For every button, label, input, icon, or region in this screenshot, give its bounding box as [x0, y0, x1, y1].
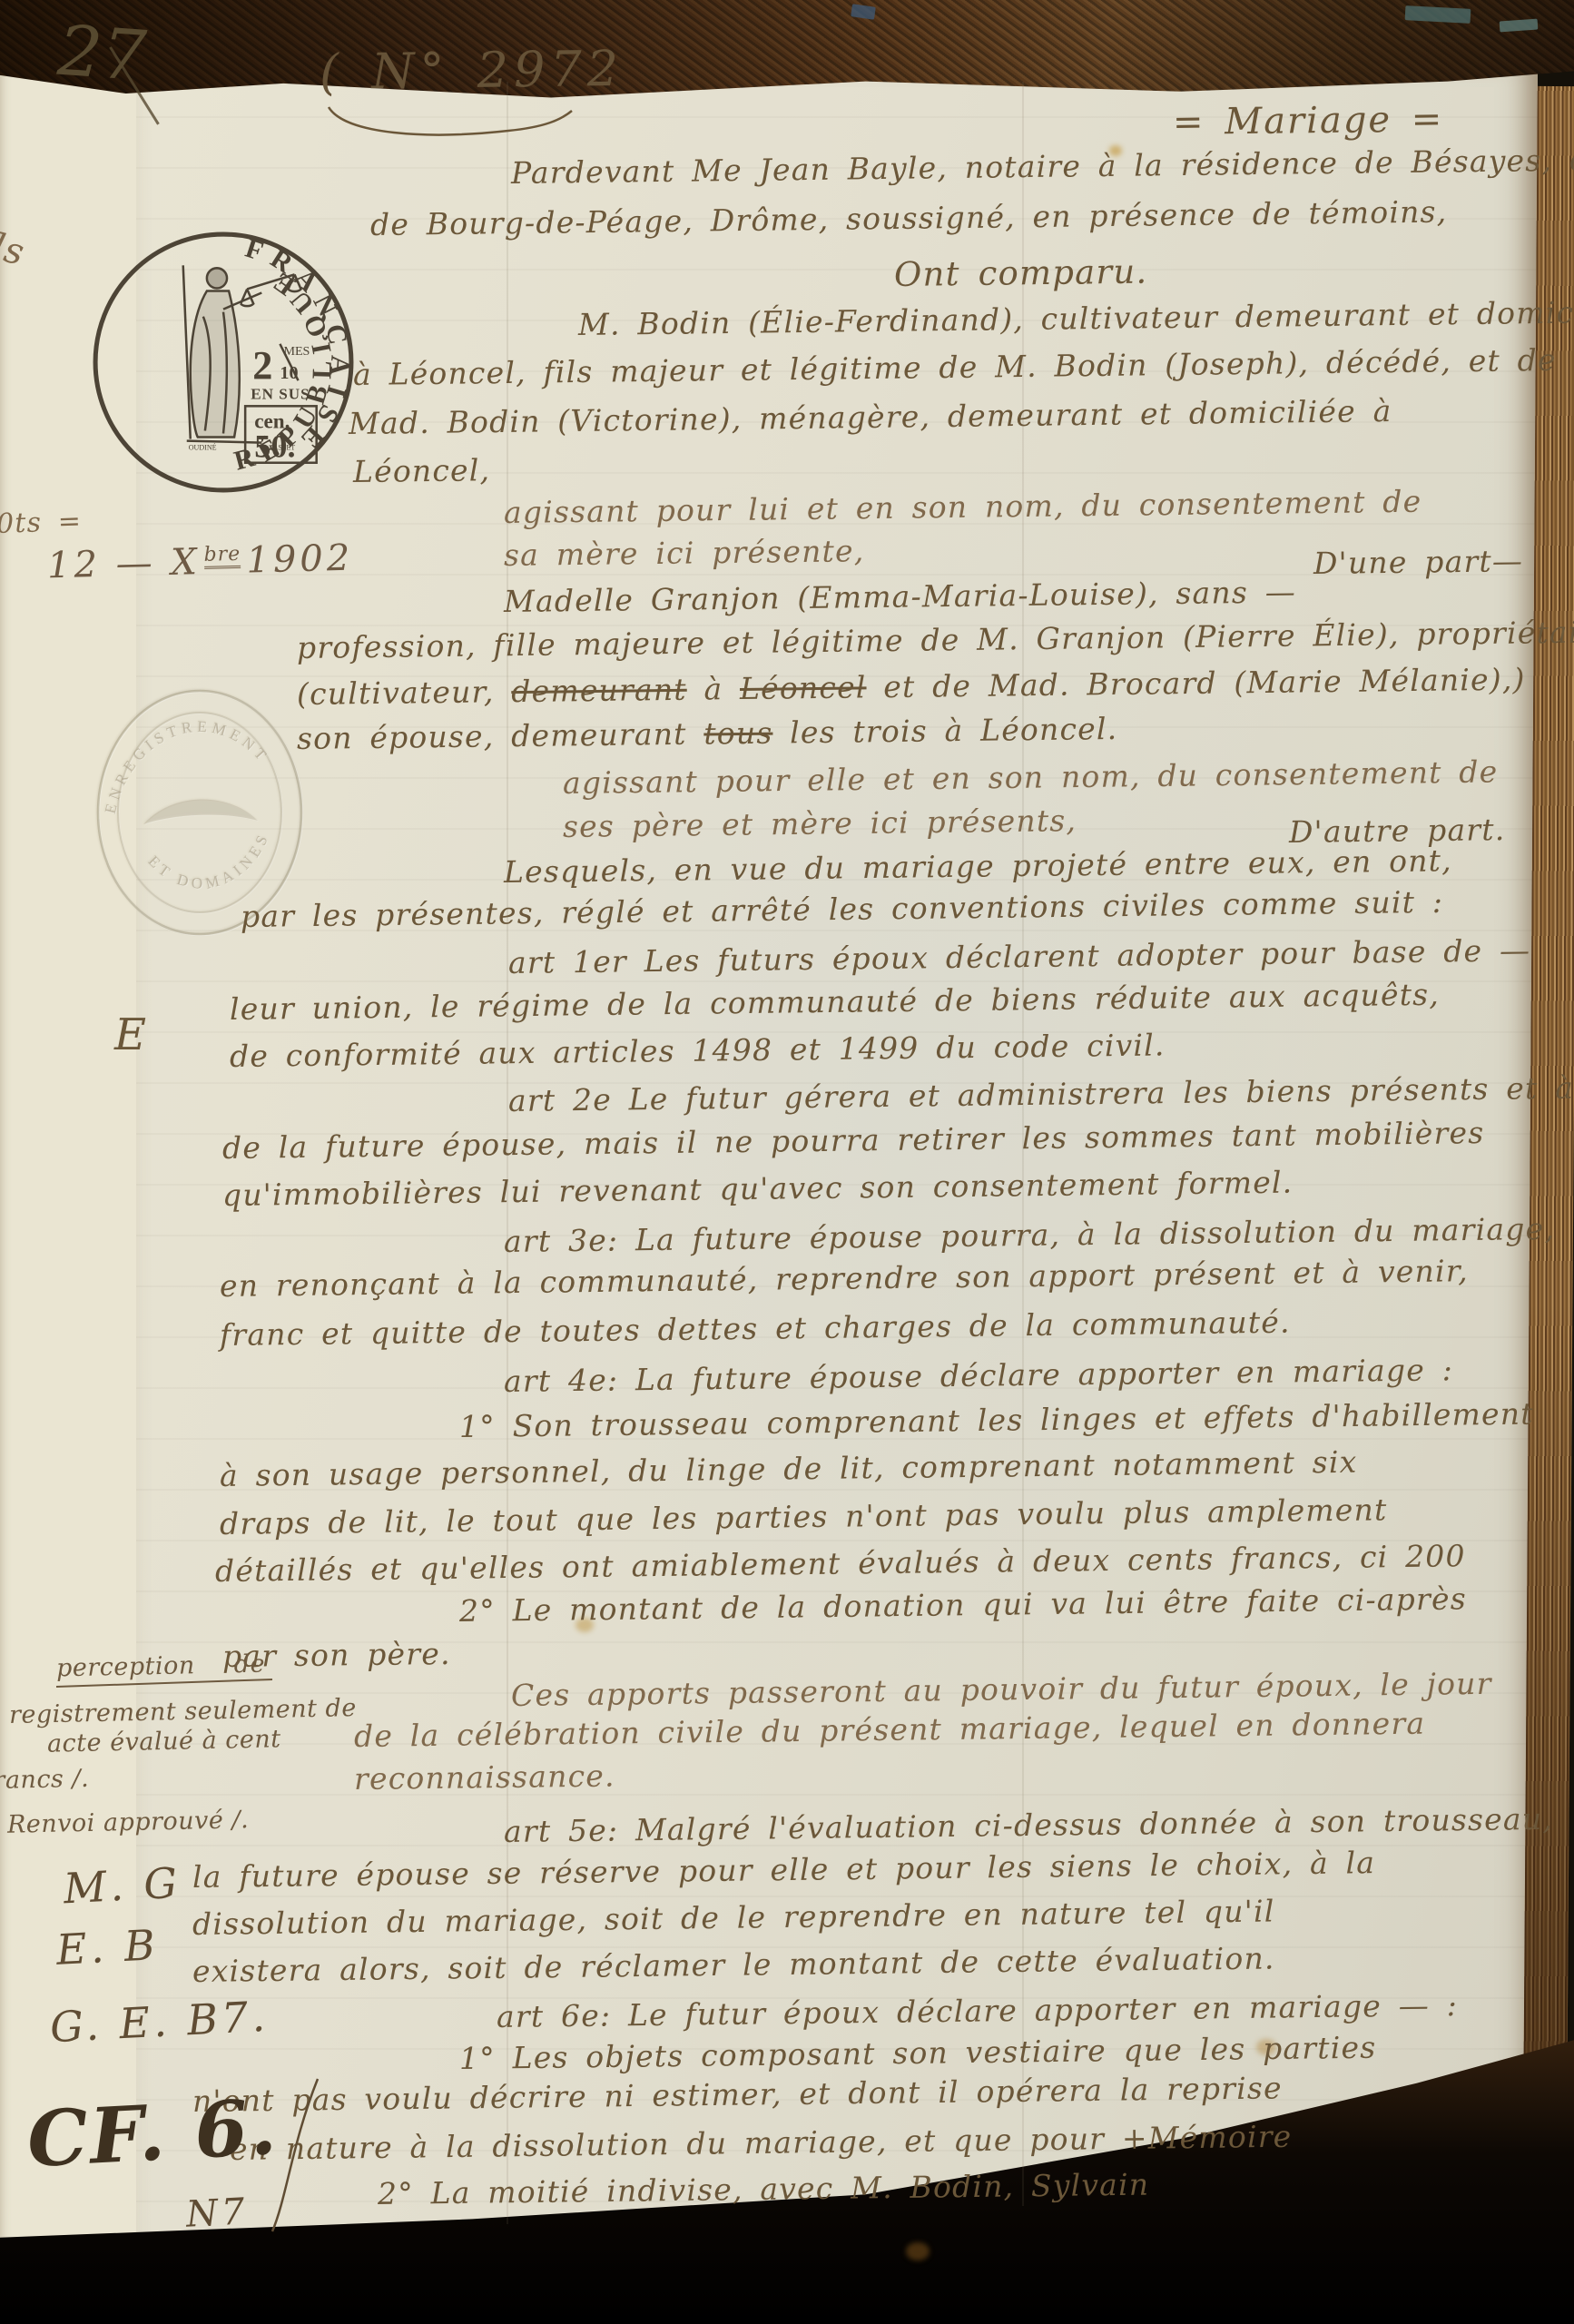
body-line: Léoncel,	[353, 452, 491, 489]
struck-text: tous	[703, 715, 773, 752]
stamp-surcharge: 2 MES 10 EN SUS	[251, 343, 310, 402]
body-line: D'une part—	[1313, 543, 1524, 581]
margin-initials: E. B	[55, 1920, 160, 1974]
notarial-register-page: 27 ( N° 2972 = Mariage = RÉPUBLIQUE FRAN…	[0, 0, 1574, 2324]
act-type-label: = Mariage =	[1173, 98, 1444, 143]
seal-arc-bottom: ET DOMAINES	[145, 829, 273, 892]
margin-note-line: francs /.	[0, 1765, 89, 1795]
text-segment: (cultivateur,	[297, 674, 512, 712]
date-day-month: 12 — X	[46, 541, 201, 586]
margin-initials: M. G	[63, 1858, 182, 1914]
revenue-stamp: RÉPUBLIQUE FRANÇAISE 2 MES 10 EN SUS cen…	[86, 225, 360, 499]
body-line: sa mère ici présente,	[504, 533, 865, 573]
struck-text: Léoncel	[740, 669, 867, 706]
margin-note-line: perception de	[56, 1650, 266, 1683]
margin-initials: CF. 6.	[25, 2082, 280, 2184]
margin-initials: N7	[185, 2191, 250, 2236]
paper-stain	[906, 2242, 930, 2260]
svg-text:MES: MES	[283, 344, 310, 359]
margin-date: 12 — Xbre1902	[46, 537, 353, 587]
margin-note-line: acte évalué à cent	[47, 1725, 281, 1758]
stamp-engraver-right: TASSET	[269, 444, 295, 452]
body-line: reconnaissance.	[354, 1758, 615, 1797]
text-segment: son épouse, demeurant	[297, 716, 704, 756]
date-year: 1902	[246, 537, 354, 582]
body-line: Ont comparu.	[894, 252, 1148, 294]
body-line: ses père et mère ici présents,	[563, 803, 1077, 844]
margin-letter: E	[114, 1009, 146, 1060]
svg-text:EN SUS: EN SUS	[251, 385, 310, 402]
act-number: ( N° 2972	[320, 40, 625, 101]
struck-text: demeurant	[511, 672, 687, 709]
text-segment: les trois à Léoncel.	[772, 711, 1117, 751]
date-month-sup: bre	[203, 543, 241, 569]
margin-note-line: Renvoi approuvé /.	[7, 1806, 250, 1839]
text-segment: à	[687, 671, 741, 707]
edge-fragment: 0ts =	[0, 506, 83, 540]
stamp-engraver-left: OUDINÉ	[189, 443, 217, 452]
svg-text:2: 2	[252, 343, 272, 388]
svg-text:10: 10	[280, 363, 298, 383]
seal-center-figure	[143, 799, 258, 824]
